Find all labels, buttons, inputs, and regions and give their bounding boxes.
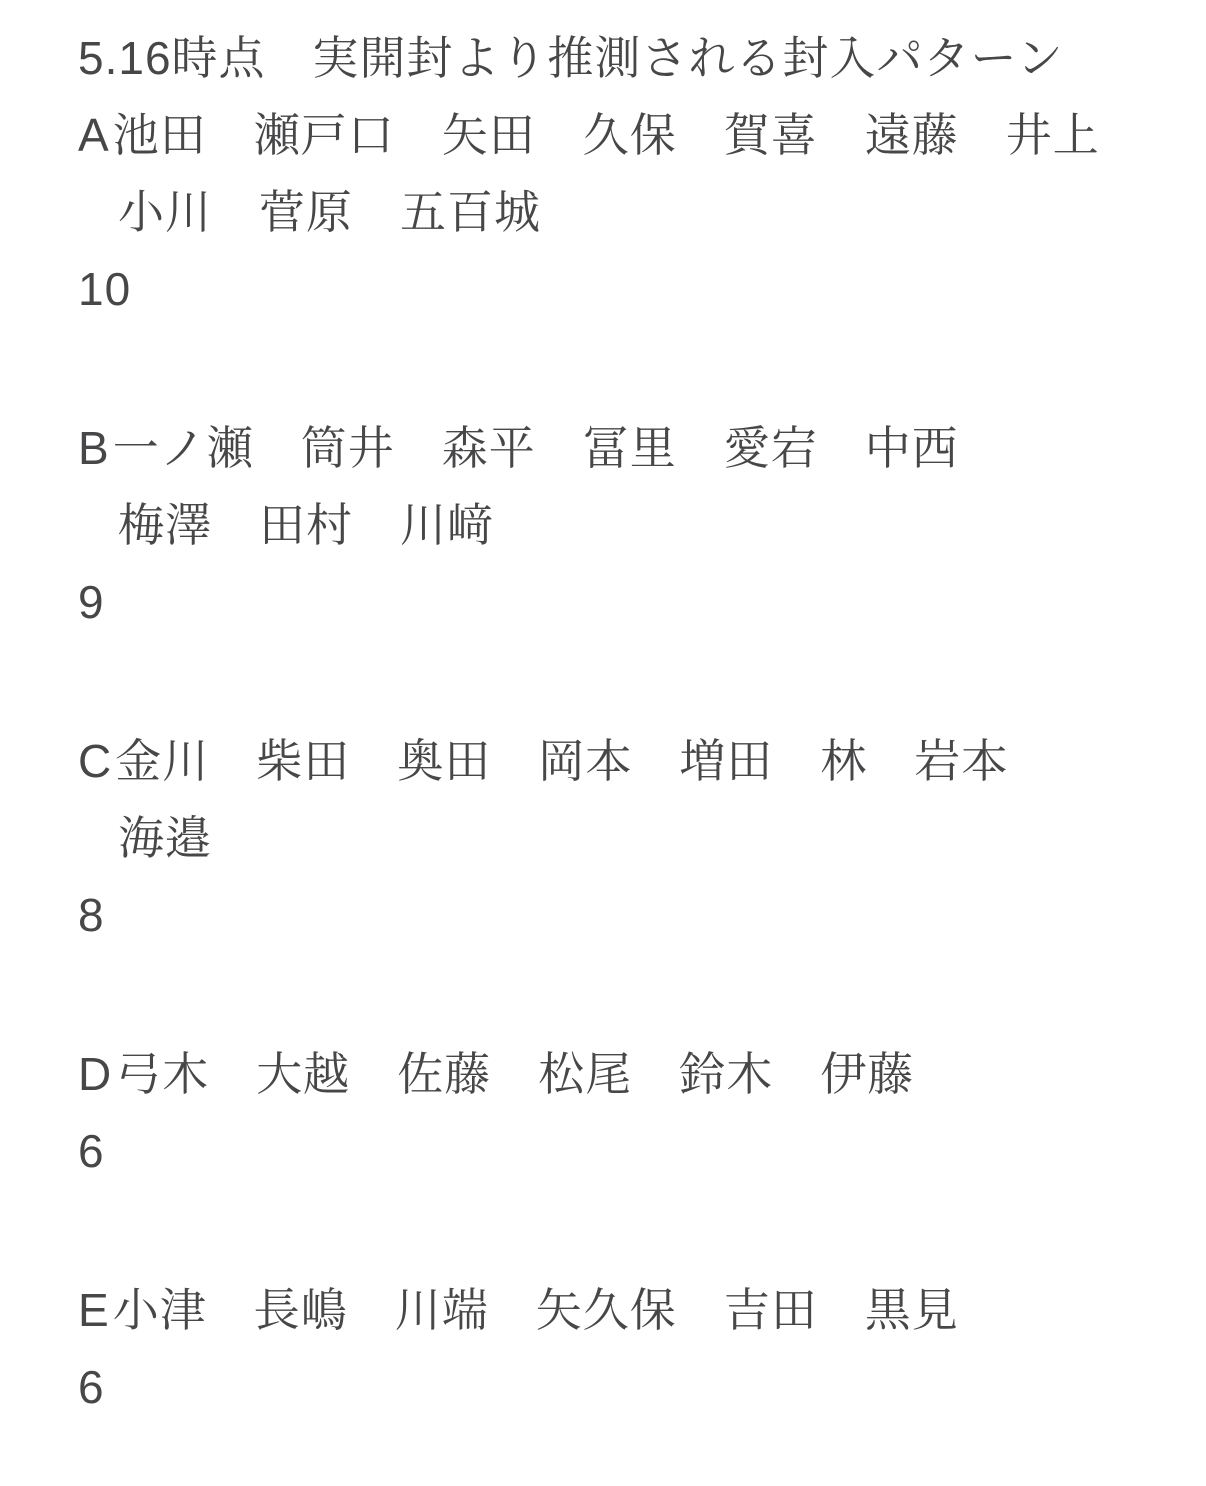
pattern-section-c: C金川 柴田 奥田 岡本 増田 林 岩本 海邉 8 [78, 723, 1176, 954]
pattern-section-d: D弓木 大越 佐藤 松尾 鈴木 伊藤 6 [78, 1036, 1176, 1190]
member-names: 小津 長嶋 川端 矢久保 吉田 黒見 [113, 1284, 959, 1336]
member-names: 一ノ瀬 筒井 森平 冨里 愛宕 中西 [113, 422, 959, 474]
document-body: 5.16時点 実開封より推測される封入パターン A池田 瀬戸口 矢田 久保 賀喜… [0, 0, 1206, 1426]
group-label: E [78, 1284, 110, 1336]
member-line: C金川 柴田 奥田 岡本 増田 林 岩本 [78, 723, 1176, 800]
member-names: 弓木 大越 佐藤 松尾 鈴木 伊藤 [115, 1048, 914, 1100]
member-line: B一ノ瀬 筒井 森平 冨里 愛宕 中西 [78, 410, 1176, 487]
member-line: A池田 瀬戸口 矢田 久保 賀喜 遠藤 井上 [78, 97, 1176, 174]
member-line: D弓木 大越 佐藤 松尾 鈴木 伊藤 [78, 1036, 1176, 1113]
member-names: 金川 柴田 奥田 岡本 増田 林 岩本 [115, 735, 1008, 787]
member-count: 6 [78, 1349, 1176, 1426]
member-line-continued: 小川 菅原 五百城 [78, 174, 1176, 251]
member-line: E小津 長嶋 川端 矢久保 吉田 黒見 [78, 1272, 1176, 1349]
group-label: A [78, 109, 110, 161]
group-label: D [78, 1048, 112, 1100]
pattern-section-a: A池田 瀬戸口 矢田 久保 賀喜 遠藤 井上 小川 菅原 五百城 10 [78, 97, 1176, 328]
pattern-section-b: B一ノ瀬 筒井 森平 冨里 愛宕 中西 梅澤 田村 川﨑 9 [78, 410, 1176, 641]
pattern-section-e: E小津 長嶋 川端 矢久保 吉田 黒見 6 [78, 1272, 1176, 1426]
member-line-continued: 海邉 [78, 800, 1176, 877]
group-label: B [78, 422, 110, 474]
member-names: 池田 瀬戸口 矢田 久保 賀喜 遠藤 井上 [113, 109, 1100, 161]
member-line-continued: 梅澤 田村 川﨑 [78, 487, 1176, 564]
page-title: 5.16時点 実開封より推測される封入パターン [78, 20, 1176, 97]
member-names: 梅澤 田村 川﨑 [118, 499, 494, 551]
member-count: 8 [78, 877, 1176, 954]
member-names: 海邉 [118, 812, 212, 864]
group-label: C [78, 735, 112, 787]
member-names: 小川 菅原 五百城 [118, 186, 541, 238]
member-count: 9 [78, 564, 1176, 641]
member-count: 10 [78, 251, 1176, 328]
member-count: 6 [78, 1113, 1176, 1190]
